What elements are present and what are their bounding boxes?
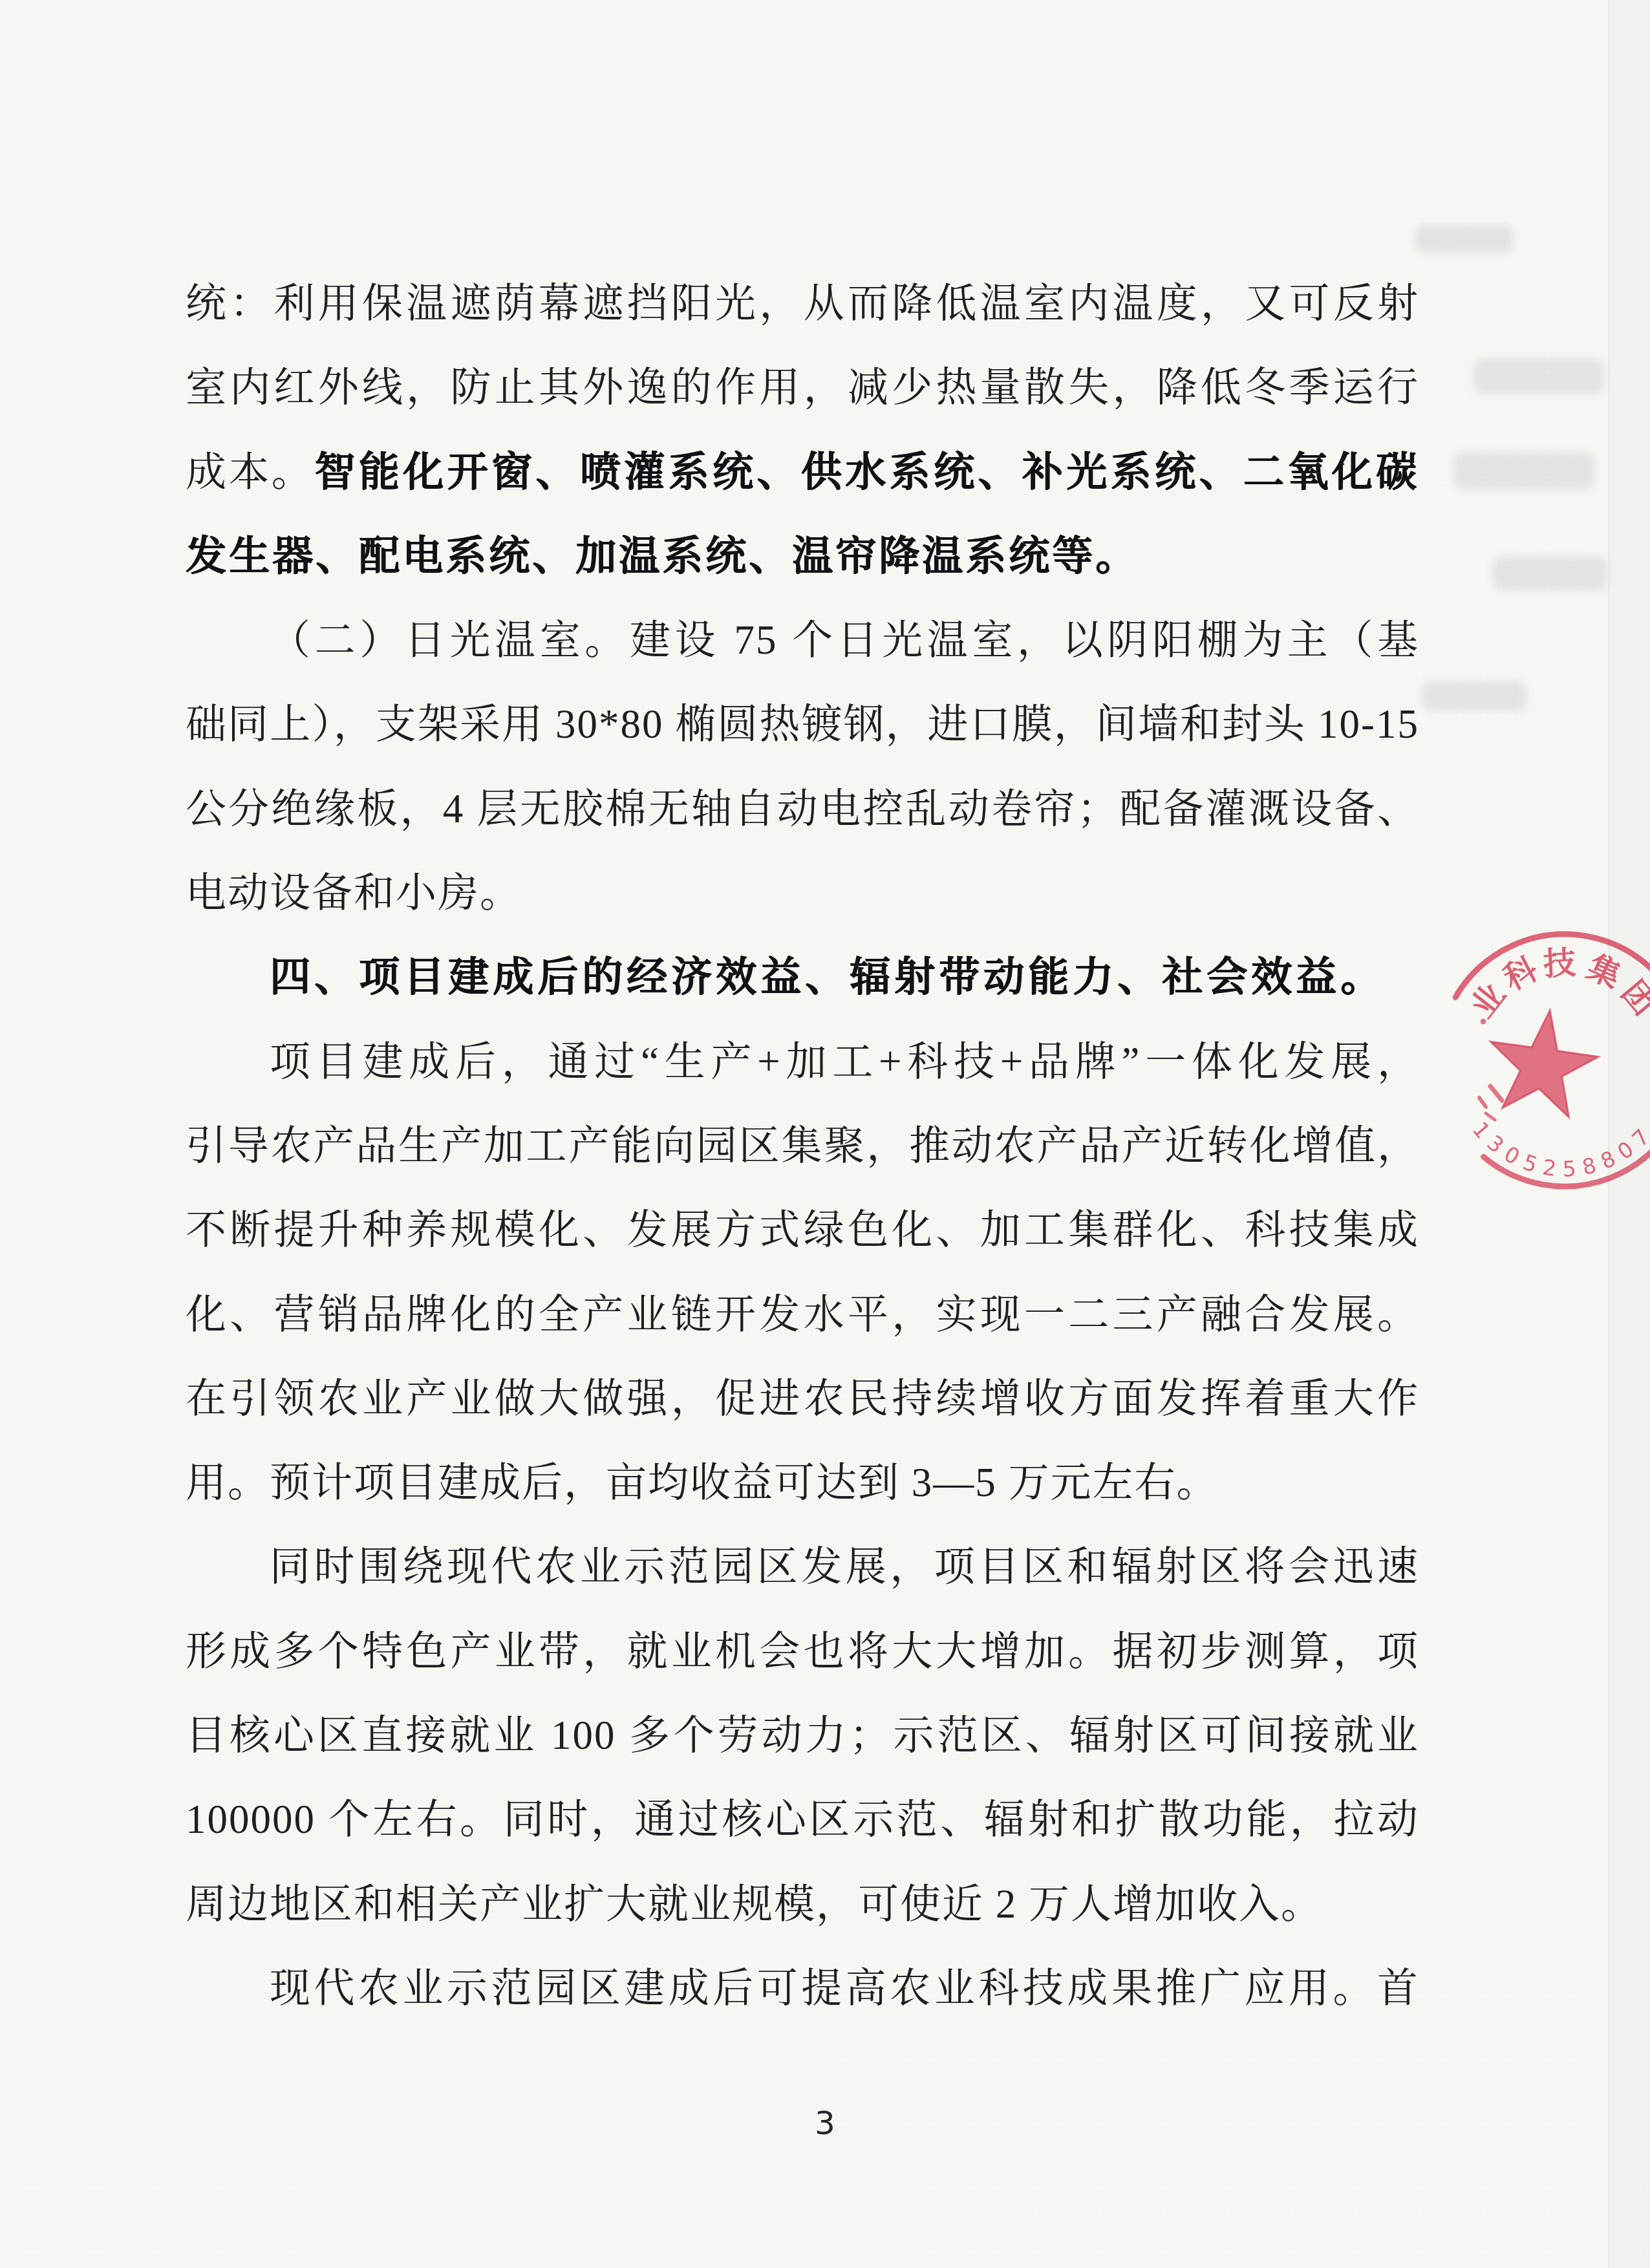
ink-bleed-artifact (1455, 453, 1594, 489)
text-run: 不断提升种养规模化、发展方式绿色化、加工集群化、科技集成 (186, 1207, 1419, 1252)
bold-text-run: 发生器、配电系统、加温系统、温帘降温系统等。 (186, 533, 1139, 579)
text-run: （二）日光温室。建设 75 个日光温室，以阴阳棚为主（基 (270, 617, 1419, 663)
text-line: 不断提升种养规模化、发展方式绿色化、加工集群化、科技集成 (186, 1188, 1419, 1272)
text-line: 础同上），支架采用 30*80 椭圆热镀钢，进口膜，间墙和封头 10-15 (186, 682, 1419, 766)
stamp-serial-digit: 5 (1562, 1156, 1577, 1182)
ink-bleed-artifact (1474, 359, 1603, 393)
text-line: 在引领农业产业做大做强，促进农民持续增收方面发挥着重大作 (186, 1356, 1419, 1440)
section-heading-line: 四、项目建成后的经济效益、辐射带动能力、社会效益。 (186, 935, 1419, 1019)
text-line: 100000 个左右。同时，通过核心区示范、辐射和扩散功能，拉动 (186, 1777, 1419, 1861)
text-line: 用。预计项目建成后，亩均收益可达到 3—5 万元左右。 (186, 1440, 1419, 1524)
ink-bleed-artifact (1422, 682, 1526, 711)
stamp-ink-smudge (1479, 1019, 1502, 1120)
text-line: 公分绝缘板，4 层无胶棉无轴自动电控乱动卷帘；配备灌溉设备、 (186, 767, 1419, 851)
text-run: 统：利用保温遮荫幕遮挡阳光，从而降低温室内温度，又可反射 (186, 281, 1419, 326)
stamp-star-icon (1491, 1011, 1598, 1117)
text-run: 化、营销品牌化的全产业链开发水平，实现一二三产融合发展。 (186, 1292, 1419, 1337)
text-line: 化、营销品牌化的全产业链开发水平，实现一二三产融合发展。 (186, 1272, 1419, 1356)
text-line: 室内红外线，防止其外逸的作用，减少热量散失，降低冬季运行 (186, 345, 1419, 429)
text-run: 在引领农业产业做大做强，促进农民持续增收方面发挥着重大作 (186, 1376, 1419, 1421)
text-run: 项目建成后，通过“生产+加工+科技+品牌”一体化发展， (270, 1039, 1419, 1084)
text-line: 成本。智能化开窗、喷灌系统、供水系统、补光系统、二氧化碳 (186, 430, 1419, 514)
bold-text-run: 智能化开窗、喷灌系统、供水系统、补光系统、二氧化碳 (314, 449, 1419, 495)
text-run: 形成多个特色产业带，就业机会也将大大增加。据初步测算，项 (186, 1629, 1419, 1674)
stamp-arc-char: 业 (1464, 977, 1512, 1025)
ink-bleed-artifact (1494, 557, 1607, 590)
text-run: 础同上），支架采用 30*80 椭圆热镀钢，进口膜，间墙和封头 10-15 (186, 701, 1419, 747)
stamp-serial-digit: 5 (1520, 1149, 1541, 1177)
text-run: 100000 个左右。同时，通过核心区示范、辐射和扩散功能，拉动 (186, 1797, 1419, 1842)
page-number: 3 (0, 2104, 1650, 2142)
text-run: 现代农业示范园区建成后可提高农业科技成果推广应用。首 (270, 1965, 1419, 2011)
text-line: 周边地区和相关产业扩大就业规模，可使近 2 万人增加收入。 (186, 1862, 1419, 1946)
text-line: 同时围绕现代农业示范园区发展，项目区和辐射区将会迅速 (186, 1524, 1419, 1609)
bold-text-run: 四、项目建成后的经济效益、辐射带动能力、社会效益。 (270, 954, 1385, 1000)
text-run: 室内红外线，防止其外逸的作用，减少热量散失，降低冬季运行 (186, 365, 1419, 410)
text-line: 现代农业示范园区建成后可提高农业科技成果推广应用。首 (186, 1946, 1419, 2030)
stamp-serial-digit: 0 (1500, 1141, 1524, 1170)
text-run: 成本。 (186, 449, 314, 495)
stamp-serial-digit: 8 (1580, 1152, 1598, 1180)
text-run: 周边地区和相关产业扩大就业规模，可使近 2 万人增加收入。 (186, 1881, 1323, 1927)
text-run: 用。预计项目建成后，亩均收益可达到 3—5 万元左右。 (186, 1460, 1219, 1505)
text-run: 目核心区直接就业 100 多个劳动力；示范区、辐射区可间接就业 (186, 1713, 1419, 1758)
text-line: 统：利用保温遮荫幕遮挡阳光，从而降低温室内温度，又可反射 (186, 261, 1419, 345)
stamp-serial-digit: 2 (1541, 1155, 1558, 1182)
text-run: 引导农产品生产加工产能向园区集聚，推动农产品产近转化增值， (186, 1123, 1419, 1168)
text-line: 电动设备和小房。 (186, 851, 1419, 935)
text-line: 项目建成后，通过“生产+加工+科技+品牌”一体化发展， (186, 1020, 1419, 1104)
stamp-arc-char: 科 (1498, 950, 1543, 998)
text-line: （二）日光温室。建设 75 个日光温室，以阴阳棚为主（基 (186, 598, 1419, 682)
text-line: 目核心区直接就业 100 多个劳动力；示范区、辐射区可间接就业 (186, 1693, 1419, 1777)
paper-edge-shade (1610, 0, 1650, 2268)
stamp-arc-char: 技 (1543, 945, 1577, 983)
text-line: 引导农产品生产加工产能向园区集聚，推动农产品产近转化增值， (186, 1104, 1419, 1188)
ink-bleed-artifact (1416, 225, 1513, 252)
text-run: 公分绝缘板，4 层无胶棉无轴自动电控乱动卷帘；配备灌溉设备、 (186, 786, 1419, 831)
text-block: 统：利用保温遮荫幕遮挡阳光，从而降低温室内温度，又可反射室内红外线，防止其外逸的… (186, 261, 1419, 2030)
text-run: 同时围绕现代农业示范园区发展，项目区和辐射区将会迅速 (270, 1544, 1419, 1589)
text-line: 形成多个特色产业带，就业机会也将大大增加。据初步测算，项 (186, 1609, 1419, 1693)
text-run: 电动设备和小房。 (186, 870, 522, 915)
text-line: 发生器、配电系统、加温系统、温帘降温系统等。 (186, 514, 1419, 598)
document-page: 统：利用保温遮荫幕遮挡阳光，从而降低温室内温度，又可反射室内红外线，防止其外逸的… (0, 0, 1650, 2268)
